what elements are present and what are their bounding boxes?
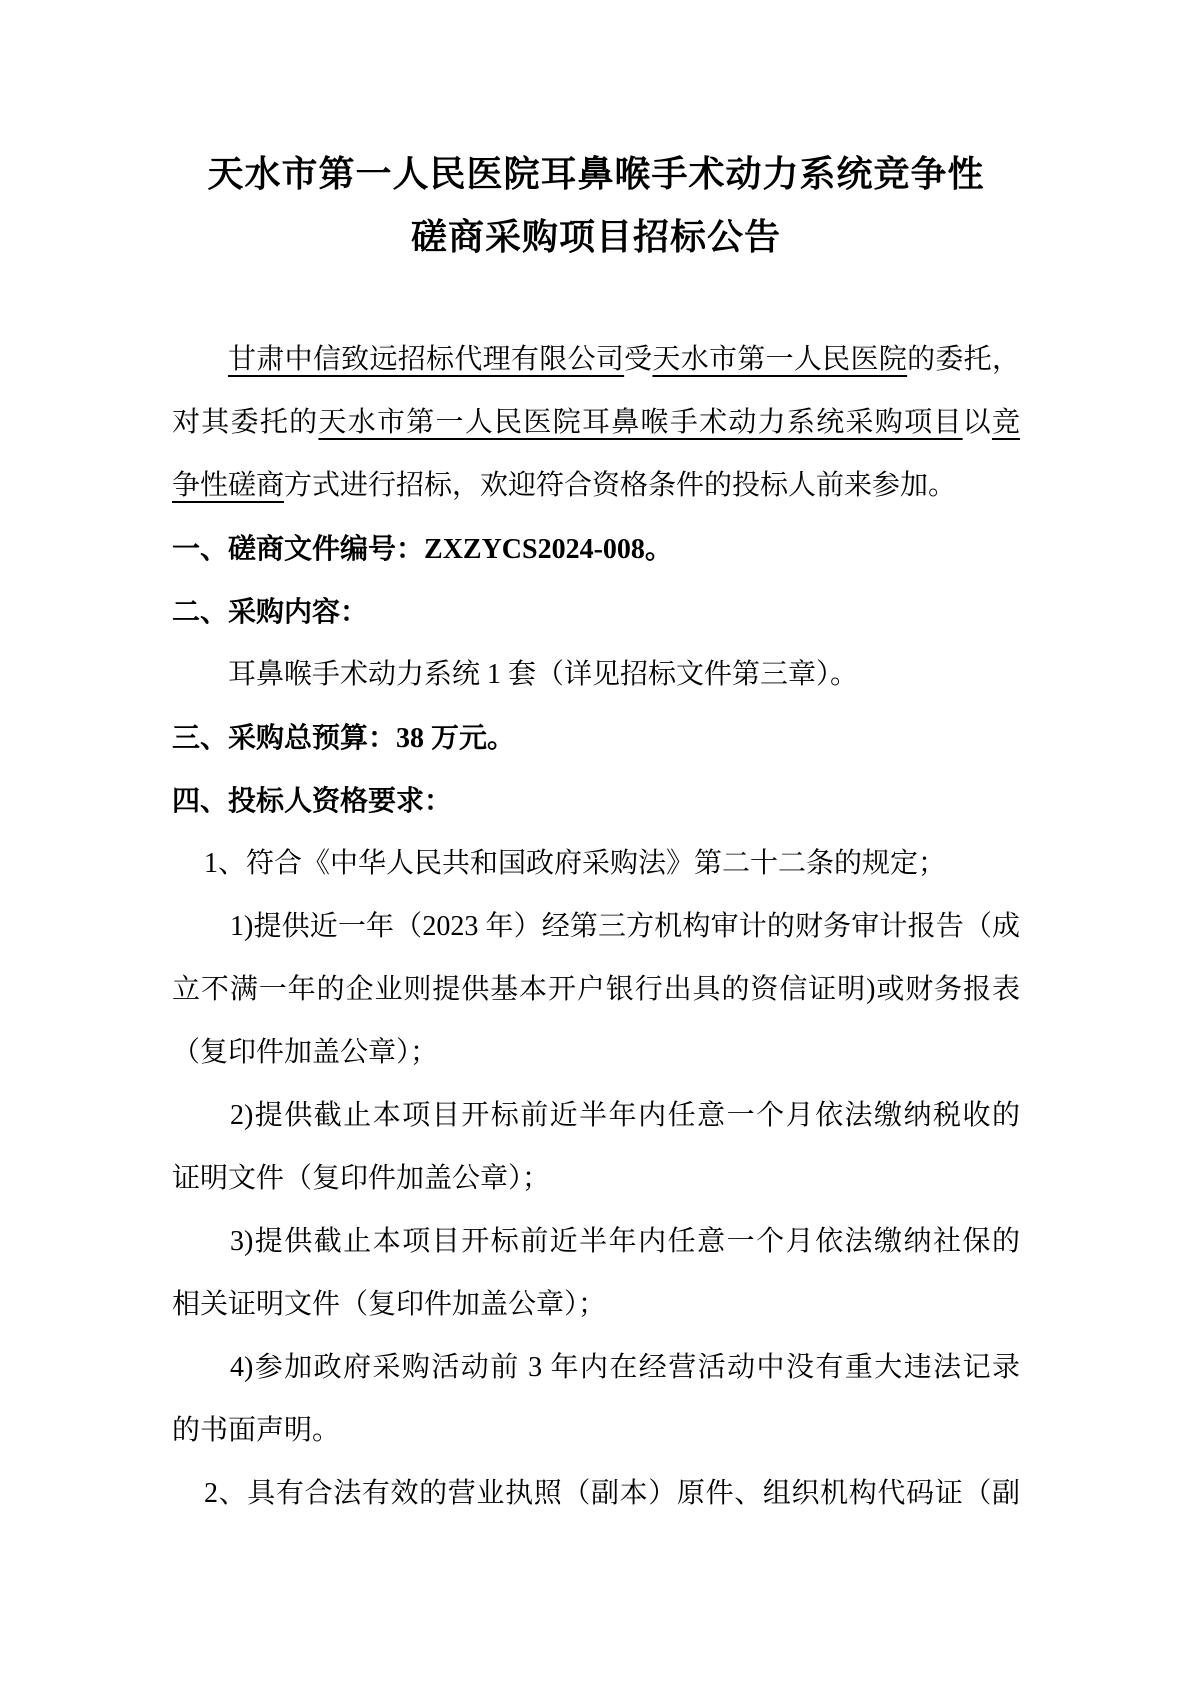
title-line-2: 磋商采购项目招标公告 xyxy=(172,205,1020,268)
intro-text: 的委托， xyxy=(907,344,1020,375)
qualification-item-1: 1、符合《中华人民共和国政府采购法》第二十二条的规定； xyxy=(172,832,1020,895)
sub-item-2-line-2: 证明文件（复印件加盖公章）； xyxy=(172,1147,1020,1210)
qualification-sub-item-2: 2)提供截止本项目开标前近半年内任意一个月依法缴纳税收的 证明文件（复印件加盖公… xyxy=(172,1084,1020,1210)
procurement-method-underlined-end: 争性磋商 xyxy=(172,470,284,501)
sub-item-3-line-1: 3)提供截止本项目开标前近半年内任意一个月依法缴纳社保的 xyxy=(172,1210,1020,1273)
qualification-sub-item-3: 3)提供截止本项目开标前近半年内任意一个月依法缴纳社保的 相关证明文件（复印件加… xyxy=(172,1210,1020,1336)
section-2-heading: 二、采购内容： xyxy=(172,580,1020,643)
intro-line-3: 争性磋商方式进行招标，欢迎符合资格条件的投标人前来参加。 xyxy=(172,454,1020,517)
sub-item-2-line-1: 2)提供截止本项目开标前近半年内任意一个月依法缴纳税收的 xyxy=(172,1084,1020,1147)
sub-item-3-line-2: 相关证明文件（复印件加盖公章）； xyxy=(172,1273,1020,1336)
section-4-heading: 四、投标人资格要求： xyxy=(172,769,1020,832)
document-title: 天水市第一人民医院耳鼻喉手术动力系统竞争性 磋商采购项目招标公告 xyxy=(172,142,1020,268)
section-3-heading: 三、采购总预算：38 万元。 xyxy=(172,706,1020,769)
intro-text: 以 xyxy=(963,407,992,438)
section-1-label: 一、磋商文件编号： xyxy=(172,533,424,564)
intro-text: 方式进行招标，欢迎符合资格条件的投标人前来参加。 xyxy=(284,470,956,501)
intro-paragraph: 甘肃中信致远招标代理有限公司受天水市第一人民医院的委托， 对其委托的天水市第一人… xyxy=(172,328,1020,517)
document-page: 天水市第一人民医院耳鼻喉手术动力系统竞争性 磋商采购项目招标公告 甘肃中信致远招… xyxy=(0,0,1191,1684)
section-2-body: 耳鼻喉手术动力系统 1 套（详见招标文件第三章）。 xyxy=(172,643,1020,706)
intro-text: 受 xyxy=(624,344,652,375)
tender-document-number: ZXZYCS2024-008。 xyxy=(424,534,673,565)
section-3-label: 三、采购总预算： xyxy=(172,722,396,753)
client-name-underlined: 天水市第一人民医院 xyxy=(652,344,907,375)
agency-name-underlined: 甘肃中信致远招标代理有限公司 xyxy=(228,344,624,375)
sub-item-1-line-1: 1)提供近一年（2023 年）经第三方机构审计的财务审计报告（成 xyxy=(172,895,1020,958)
sub-item-1-line-2: 立不满一年的企业则提供基本开户银行出具的资信证明)或财务报表 xyxy=(172,958,1020,1021)
intro-line-1: 甘肃中信致远招标代理有限公司受天水市第一人民医院的委托， xyxy=(172,328,1020,391)
sub-item-4-line-1: 4)参加政府采购活动前 3 年内在经营活动中没有重大违法记录 xyxy=(172,1336,1020,1399)
section-1-heading: 一、磋商文件编号：ZXZYCS2024-008。 xyxy=(172,517,1020,580)
project-name-underlined: 天水市第一人民医院耳鼻喉手术动力系统采购项目 xyxy=(318,407,962,438)
qualification-item-2: 2、具有合法有效的营业执照（副本）原件、组织机构代码证（副 xyxy=(172,1462,1020,1525)
budget-amount: 38 万元。 xyxy=(396,723,515,754)
qualification-sub-item-1: 1)提供近一年（2023 年）经第三方机构审计的财务审计报告（成 立不满一年的企… xyxy=(172,895,1020,1084)
tender-announcement-document: 天水市第一人民医院耳鼻喉手术动力系统竞争性 磋商采购项目招标公告 甘肃中信致远招… xyxy=(0,0,1191,1525)
sub-item-4-line-2: 的书面声明。 xyxy=(172,1399,1020,1462)
intro-line-2: 对其委托的天水市第一人民医院耳鼻喉手术动力系统采购项目以竞 xyxy=(172,391,1020,454)
title-line-1: 天水市第一人民医院耳鼻喉手术动力系统竞争性 xyxy=(172,142,1020,205)
procurement-method-underlined-start: 竞 xyxy=(992,407,1020,438)
qualification-sub-item-4: 4)参加政府采购活动前 3 年内在经营活动中没有重大违法记录 的书面声明。 xyxy=(172,1336,1020,1462)
sub-item-1-line-3: （复印件加盖公章）； xyxy=(172,1021,1020,1084)
intro-text: 对其委托的 xyxy=(172,407,318,438)
